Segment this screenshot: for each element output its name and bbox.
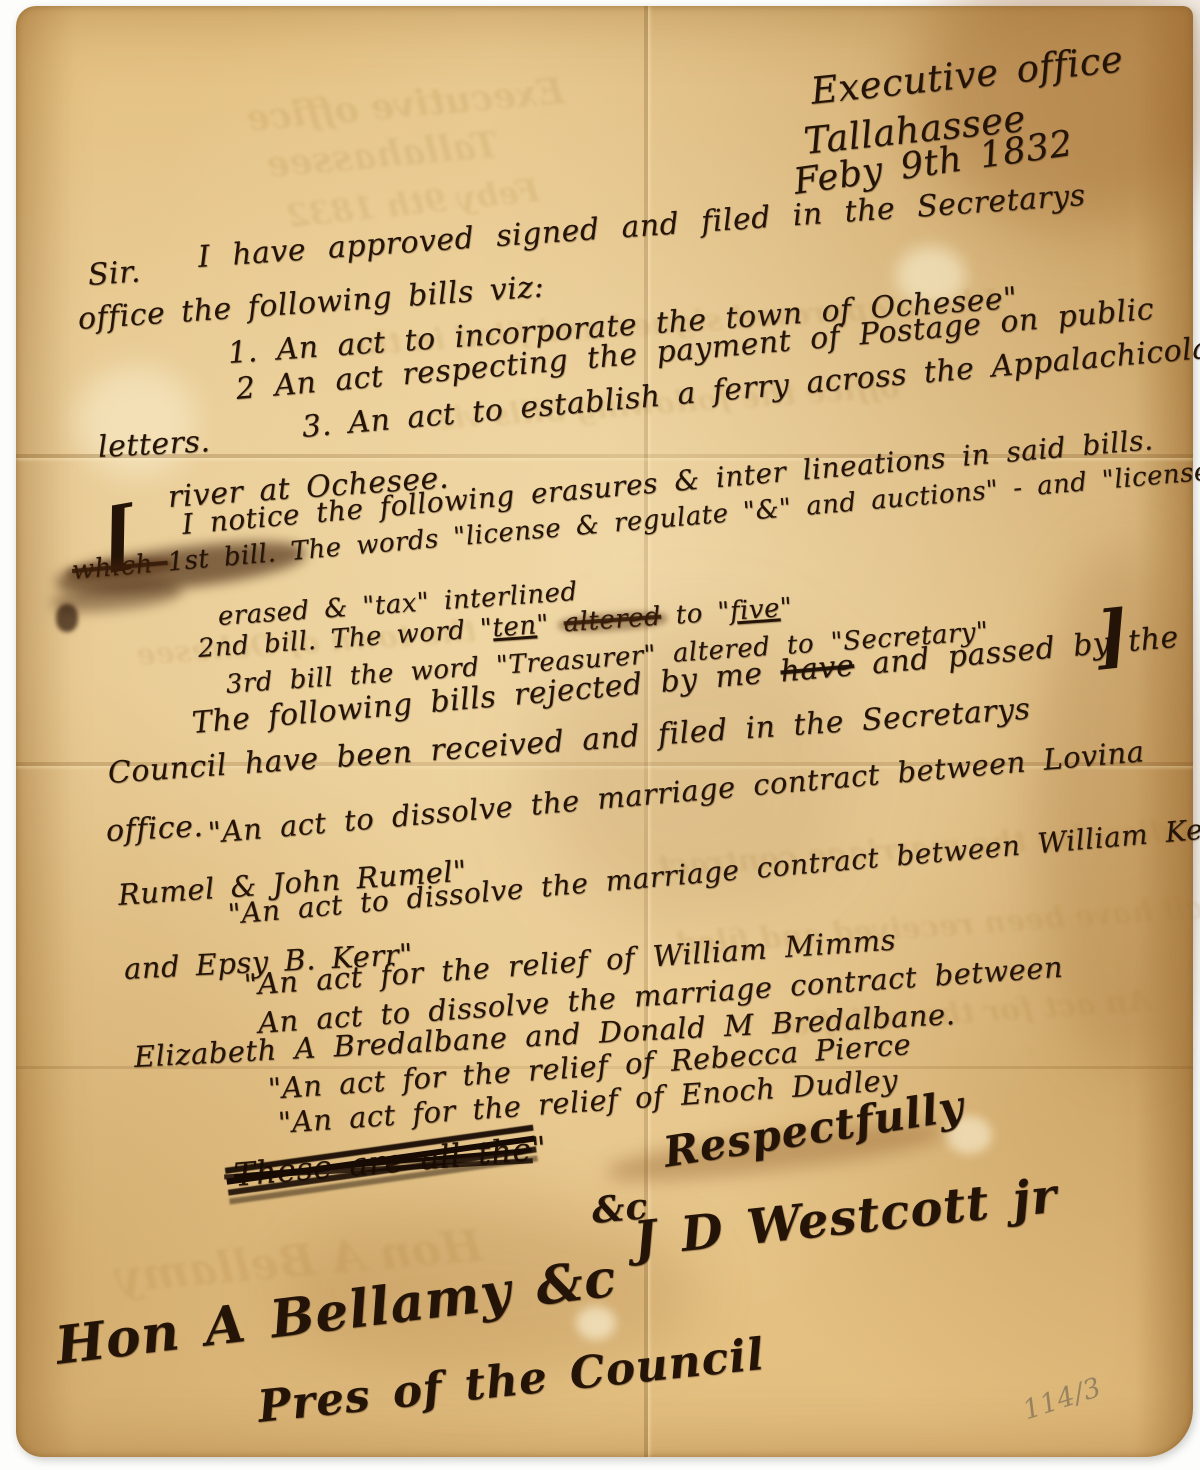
line-text: I have approved signed and filed in the … (197, 178, 1087, 275)
line-text: 114/3 (1019, 1372, 1105, 1426)
line-text: Pres of the Council (255, 1329, 767, 1433)
scribble-text: These are all the (232, 1130, 533, 1194)
smear-text: altered (563, 602, 662, 639)
line-text: to " (660, 597, 731, 632)
struck-text: have (779, 648, 856, 689)
signature: J D Westcott jr (631, 1168, 1060, 1268)
header-office: Executive office (809, 37, 1125, 113)
ul-text: five (729, 593, 781, 626)
addressee-title: Pres of the Council (255, 1329, 767, 1433)
manuscript-line: letters. (97, 424, 211, 465)
line-text: " (779, 592, 794, 623)
manuscript-line: I have approved signed and filed in the … (197, 178, 1087, 275)
letter-body: Executive officeTallahasseeFeby 9th 1832… (16, 6, 1193, 1457)
line-text: office. (105, 809, 204, 849)
salutation: Sir. (87, 254, 142, 293)
letter-paper: Executive officeTallahasseeFeby 9th 1832… (16, 6, 1193, 1457)
ul-text: ten (492, 610, 538, 643)
line-text: Sir. (87, 254, 142, 293)
manuscript-line: office. (105, 809, 204, 849)
line-text: letters. (97, 424, 211, 465)
line-text: Executive office (809, 37, 1125, 113)
line-text: J D Westcott jr (631, 1168, 1060, 1268)
archive-number: 114/3 (1019, 1372, 1105, 1426)
document-scan: Executive officeTallahasseeFeby 9th 1832… (0, 0, 1200, 1470)
smear-text: which (71, 548, 169, 586)
